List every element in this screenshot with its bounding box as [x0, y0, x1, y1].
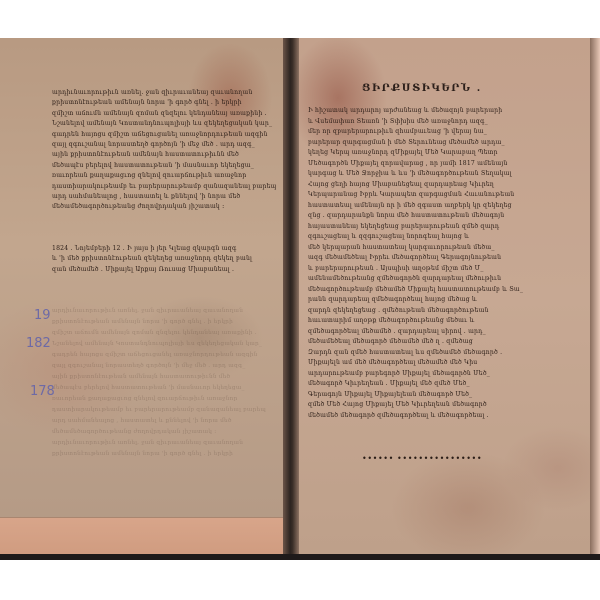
- bleed-line: մեծապէս բերելով հաստատութեան 'ի մասնաւոր…: [52, 383, 272, 394]
- bleed-line: զմիշտ աճումն ամենայն զոման զնզելու կենդա…: [52, 328, 272, 339]
- text-line: զնց . զարդարանքն նորա մեծ հաստատութեան մ…: [308, 211, 588, 222]
- bleed-line: ային քրիստոնէութեան ամենայն հաստատութիւն…: [52, 372, 272, 383]
- text-line: զան մեծամեծ . Միքայել Արքայ Ռուսաց Միաբա…: [52, 265, 288, 275]
- text-line: Նշանելով ամենայն Կոստանդնուպոլիսյի ևս զե…: [52, 119, 288, 129]
- text-line: ամենամեծութեանց զմեծագործն զարդարեալ մեծ…: [308, 274, 588, 285]
- bleed-line: արդ սահմանեալոց , հաստատել և քննելով 'ի …: [52, 416, 272, 427]
- text-line: Գերագոյն Միքայել Միքայելեան մեծագործ Մեծ…: [308, 390, 588, 401]
- text-line: ազգ մեծամեծեալ Իրրեւ մեծագործեալ Գերագոյ…: [308, 253, 588, 264]
- text-line: Միքայելն ամ մեծ մեծագործեալ մեծամեծ մեծ …: [308, 358, 588, 369]
- text-line: մեծագործ Կիւրեղեան . Միքայել մեծ զմեծ Մե…: [308, 379, 588, 390]
- text-line: Մեծագործն Միքայել զորավարաց , որ յամի 18…: [308, 159, 588, 170]
- text-line: քրիստոնէութեան ամենայն նորա 'ի գործ գնել…: [52, 98, 288, 108]
- text-line: հաւատարիմ աղօթք մեծագործութեանց մեծաւ և: [308, 316, 588, 327]
- text-line: արդ սահմանեալոց , հաստատել և քննելով 'ի …: [52, 192, 288, 202]
- right-page-body: Ի հիշատակ արդարոյ արժանեաց և մեծազոյն բա…: [308, 106, 588, 421]
- bleed-line: Նշանելով ամենայն Կոստանդնուպոլիսյի ևս զե…: [52, 339, 272, 350]
- text-line: մեր որ զբարերարութիւն զհամբաւեաց 'ի վերա…: [308, 127, 588, 138]
- page-heading: ՑԻՐՔՍՏԻԿԵՐՆ .: [362, 83, 482, 94]
- text-line: Զարդն զան զմեծ հաստատեալ ևս զմեծամեծ մեծ…: [308, 348, 588, 359]
- bleed-line: քրիստոնէութեան ամենայն նորա 'ի գործ գնել…: [52, 449, 272, 460]
- bleed-line: զայլ զգուշանալ նորաստեղծ գործոյն 'ի մեջ …: [52, 361, 272, 372]
- bleed-line: դաստիարակութեամբ եւ բարերարութեամբ զանազ…: [52, 405, 272, 416]
- text-line: Կերպարանաց Իբրև Կարապետ զարգացման Հաւանո…: [308, 190, 588, 201]
- bleed-line: մեծամեծագործութեանց ժողովրդական յիշատակ …: [52, 427, 272, 438]
- text-line: հայաստանեայ եկեղեցեաց բարերարութեան զմեծ…: [308, 222, 588, 233]
- bleed-through-text: արդիւնաւորութիւն առնել. ջան զիւրաւանեայ …: [52, 306, 272, 460]
- text-line: Հայոց ցեղի հայոց Միաբանեցեալ զարդարեաց Կ…: [308, 180, 588, 191]
- text-line: զարդն զեկեղեցեաց . զմեծութեան մեծագործու…: [308, 306, 588, 317]
- page-edge: [590, 38, 600, 558]
- bleed-line: արդիւնաւորութիւն առնել. ջան զիւրաւանեայ …: [52, 306, 272, 317]
- text-line: և բարերարութեան . Այսպիսի աղօթեմ միշտ մե…: [308, 264, 588, 275]
- bleed-line: արդիւնաւորութիւն առնել. ջան զիւրաւանեայ …: [52, 438, 272, 449]
- text-line: ռաւորեան քաղաքացւոց զնելով զուարճութիւն …: [52, 171, 288, 181]
- end-ornament: •••••• ••••••••••••••••: [362, 454, 482, 463]
- left-page-body: արդիւնաւորութիւն առնել. ջան զիւրաւանեայ …: [52, 88, 288, 213]
- text-line: մեծամեծագործութեանց ժողովրդական յիշատակ …: [52, 202, 288, 212]
- text-line: րանն զարդարեալ զմեծագործեալ հայոց մեծաց …: [308, 295, 588, 306]
- text-line: 1824 . Նոյեմբերի 12 . Ի յայս ի յեր Կլեաց…: [52, 244, 288, 254]
- bottom-shadow: [0, 554, 600, 560]
- bleed-line: գադրեն հայոցս զմիշտ աճեցուցանել առաջնորդ…: [52, 350, 272, 361]
- text-line: Ի հիշատակ արդարոյ արժանեաց և մեծազոյն բա…: [308, 106, 588, 117]
- bleed-line: քրիստոնէութեան ամենայն նորա 'ի գործ գնել…: [52, 317, 272, 328]
- text-line: զգուշացեալ և զզգուշացեալ նորոգեալ հայոց …: [308, 232, 588, 243]
- pencil-note: 182: [26, 336, 51, 351]
- text-line: արդիւնաւորութիւն առնել. ջան զիւրաւանեայ …: [52, 88, 288, 98]
- page-bottom-edge: [0, 517, 285, 558]
- text-line: մեծապէս բերելով հաստատութեան 'ի մասնաւոր…: [52, 161, 288, 171]
- text-line: բարերար զարգացման ի մեծ Տերունեաց մեծամե…: [308, 138, 588, 149]
- pencil-note: 178: [30, 384, 55, 399]
- text-line: և Վսեմափառ Տեառն 'ի Տփխիս մեծ առաջնորդ ա…: [308, 117, 588, 128]
- text-line: մեծամեծեալ մեծագործ մեծամեծ մեծ ղ . զմեծ…: [308, 337, 588, 348]
- pencil-note: 19: [34, 308, 51, 323]
- text-line: արդարութեամբ բարեգործ Միքայել մեծագործն …: [308, 369, 588, 380]
- open-book: արդիւնաւորութիւն առնել. ջան զիւրաւանեայ …: [0, 38, 600, 558]
- text-line: ային քրիստոնէութեան ամենայն հաստատութիւն…: [52, 150, 288, 160]
- text-line: դաստիարակութեամբ եւ բարերարութեամբ զանազ…: [52, 182, 288, 192]
- bleed-line: ռաւորեան քաղաքացւոց զնելով զուարճութիւն …: [52, 394, 272, 405]
- text-line: մեծագործութեամբ մեծամեծ Միքայել հաստատու…: [308, 285, 588, 296]
- text-line: զմեծագործեալ մեծամեծ . զարդարեալ սիրով .…: [308, 327, 588, 338]
- text-line: գադրեն հայոցս զմիշտ աճեցուցանել առաջնորդ…: [52, 130, 288, 140]
- text-line: մեծամեծ մեծագործ զմեծագործեալ և մեծագործ…: [308, 411, 588, 422]
- text-line: զմիշտ աճումն ամենայն զոման զնզելու կենդա…: [52, 109, 288, 119]
- text-line: զմեծ Մեծ Հայոց Միքայել Մեծ Կիւրեղեան մեծ…: [308, 400, 588, 411]
- text-line: մեծ կերպարան հաստատեալ կարգաւորութեան մե…: [308, 243, 588, 254]
- text-line: կարգաց և Մեծ Ջորջիա և ևս 'ի մեծագործութե…: [308, 169, 588, 180]
- text-line: և 'ի մեծ քրիստոնէութեան զեկեղեց առաջնորդ…: [52, 254, 288, 264]
- text-line: զայլ զգուշանալ նորաստեղծ գործոյն 'ի մեջ …: [52, 140, 288, 150]
- text-line: կեղեց Կերպ առաջնորդ զՄիքայել Մեծ Կարաբաղ…: [308, 148, 588, 159]
- text-line: հաստատեալ ամենայն որ ի մեծ զգաստ աղբերկ …: [308, 201, 588, 212]
- left-page-dated-entry: 1824 . Նոյեմբերի 12 . Ի յայս ի յեր Կլեաց…: [52, 244, 288, 275]
